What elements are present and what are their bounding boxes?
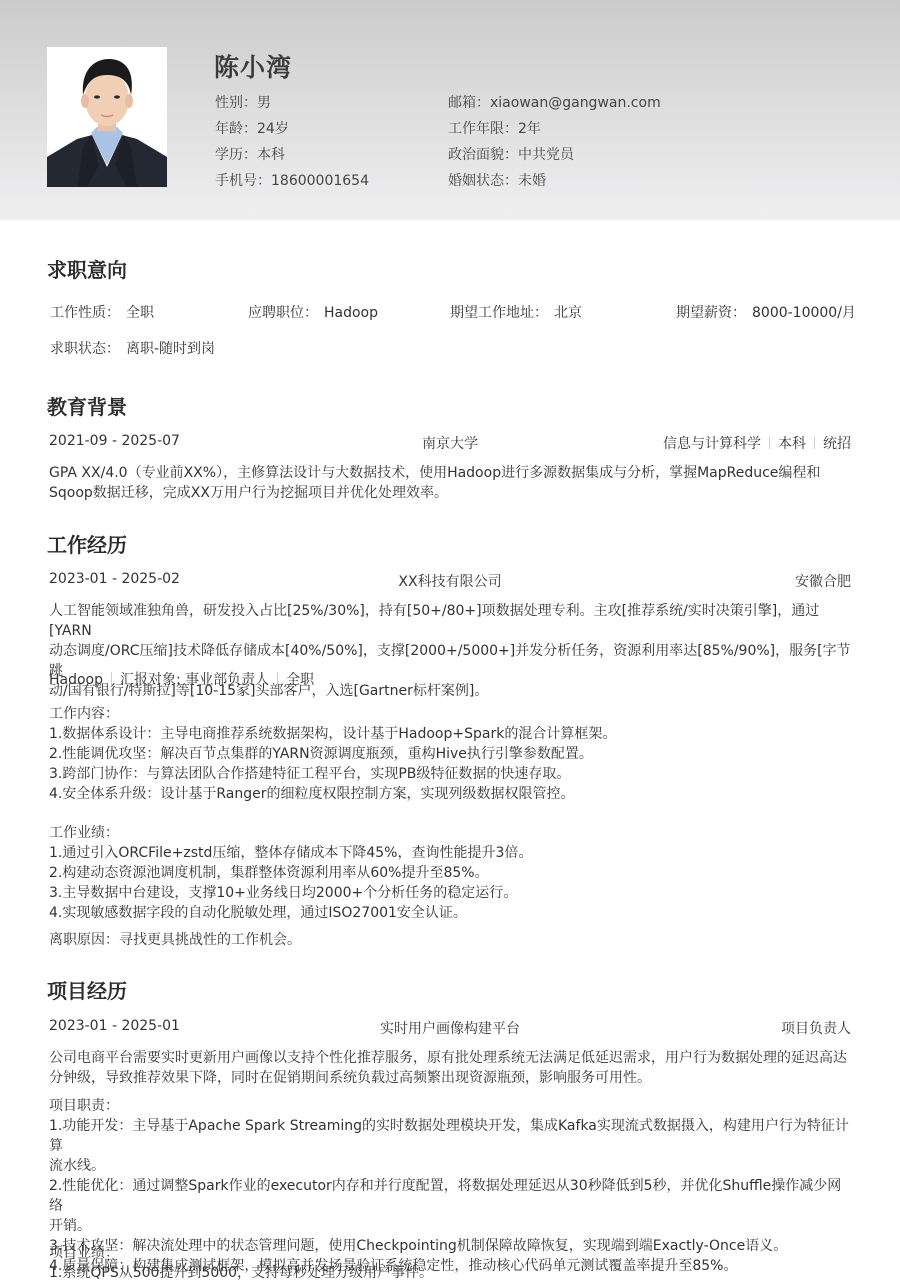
info-label: 婚姻状态： [448,173,518,189]
intent-location: 期望工作地址：北京 [450,302,582,322]
info-label: 工作年限： [448,121,518,137]
work-content-title: 工作内容： [49,704,854,724]
info-label: 年龄： [215,121,257,137]
info-age: 年龄：24岁 [215,118,369,144]
work-achievements-title: 工作业绩： [49,823,854,843]
info-political-status: 政治面貌：中共党员 [448,144,661,170]
work-achievement-item: 1.通过引入ORCFile+zstd压缩，整体存储成本下降45%，查询性能提升3… [49,843,854,863]
work-tags: Hadoop汇报对象: 事业部负责人全职 [49,669,851,689]
work-content: 工作内容： 1.数据体系设计：主导电商推荐系统数据架构，设计基于Hadoop+S… [49,704,854,804]
description-line: Sqoop数据迁移，完成XX万用户行为挖掘项目并优化处理效率。 [49,483,854,503]
project-summary-row: 2023-01 - 2025-01 实时用户画像构建平台 项目负责人 [49,1018,851,1038]
project-achievements: 项目业绩： 1.系统QPS从500提升到5000，支持每秒处理万级用户事件。 [49,1243,854,1275]
intent-value: Hadoop [324,305,378,321]
section-title-education: 教育背景 [47,391,127,420]
background-line: 公司电商平台需要实时更新用户画像以支持个性化推荐服务，原有批处理系统无法满足低延… [49,1048,854,1068]
portrait-image [47,47,167,187]
work-achievement-item: 2.构建动态资源池调度机制，集群整体资源利用率从60%提升至85%。 [49,863,854,883]
work-tag: Hadoop [49,672,103,688]
leave-reason: 离职原因：寻找更具挑战性的工作机会。 [49,930,854,950]
education-school: 南京大学 [49,433,851,453]
info-label: 邮箱： [448,95,490,111]
basic-info-left: 性别：男 年龄：24岁 学历：本科 手机号：18600001654 [215,92,369,196]
info-value: 24岁 [257,121,289,137]
info-work-years: 工作年限：2年 [448,118,661,144]
info-label: 手机号： [215,173,271,189]
info-label: 学历： [215,147,257,163]
intent-value: 北京 [554,305,582,321]
info-value: 2年 [518,121,541,137]
work-tag: 汇报对象: 事业部负责人 [120,672,269,688]
info-phone: 手机号：18600001654 [215,170,369,196]
work-content-item: 1.数据体系设计：主导电商推荐系统数据架构，设计基于Hadoop+Spark的混… [49,724,854,744]
work-achievement-item: 4.实现敏感数据字段的自动化脱敏处理，通过ISO27001安全认证。 [49,903,854,923]
info-value: 未婚 [518,173,546,189]
section-title-project: 项目经历 [47,975,127,1004]
basic-info-right: 邮箱：xiaowan@gangwan.com 工作年限：2年 政治面貌：中共党员… [448,92,661,196]
intent-status: 求职状态：离职-随时到岗 [50,338,215,358]
intent-label: 应聘职位： [248,305,318,321]
work-company: XX科技有限公司 [49,571,851,591]
info-label: 性别： [215,95,257,111]
info-value: 中共党员 [518,147,574,163]
education-description: GPA XX/4.0（专业前XX%），主修算法设计与大数据技术，使用Hadoop… [49,463,854,503]
info-email: 邮箱：xiaowan@gangwan.com [448,92,661,118]
section-title-work: 工作经历 [47,529,127,558]
project-name: 实时用户画像构建平台 [49,1018,851,1038]
candidate-name: 陈小湾 [214,48,292,84]
intent-value: 全职 [126,305,154,321]
intro-line: 人工智能领域准独角兽，研发投入占比[25%/30%]，持有[50+/80+]项数… [49,601,854,641]
intent-label: 工作性质： [50,305,120,321]
education-summary-row: 2021-09 - 2025-07 南京大学 信息与计算科学本科统招 [49,433,851,453]
info-value: 男 [257,95,271,111]
project-duty-item: 流水线。 [49,1156,854,1176]
project-duty-item: 1.功能开发：主导基于Apache Spark Streaming的实时数据处理… [49,1116,854,1156]
section-title-job-intent: 求职意向 [47,254,127,283]
intent-value: 8000-10000/月 [752,305,856,321]
description-line: GPA XX/4.0（专业前XX%），主修算法设计与大数据技术，使用Hadoop… [49,463,854,483]
info-label: 政治面貌： [448,147,518,163]
intent-salary: 期望薪资：8000-10000/月 [676,302,856,322]
intent-position: 应聘职位：Hadoop [248,302,378,322]
work-achievement-item: 3.主导数据中台建设，支撑10+业务线日均2000+个分析任务的稳定运行。 [49,883,854,903]
divider [277,672,278,685]
work-tag: 全职 [286,672,314,688]
intent-job-type: 工作性质：全职 [50,302,154,322]
intent-label: 期望薪资： [676,305,746,321]
project-duty-item: 2.性能优化：通过调整Spark作业的executor内存和并行度配置，将数据处… [49,1176,854,1216]
project-duty-item: 开销。 [49,1216,854,1236]
intent-label: 求职状态： [50,341,120,357]
info-value: 18600001654 [271,173,369,189]
intent-label: 期望工作地址： [450,305,548,321]
divider [111,672,112,685]
info-value: xiaowan@gangwan.com [490,95,661,111]
project-achievements-title: 项目业绩： [49,1243,854,1263]
project-duties-title: 项目职责： [49,1096,854,1116]
info-value: 本科 [257,147,285,163]
info-marital-status: 婚姻状态：未婚 [448,170,661,196]
project-achievement-item: 1.系统QPS从500提升到5000，支持每秒处理万级用户事件。 [49,1263,854,1275]
profile-photo [47,47,167,187]
info-gender: 性别：男 [215,92,369,118]
resume-header: 陈小湾 性别：男 年龄：24岁 学历：本科 手机号：18600001654 邮箱… [0,0,900,220]
work-content-item: 3.跨部门协作：与算法团队合作搭建特征工程平台，实现PB级特征数据的快速存取。 [49,764,854,784]
work-achievements: 工作业绩： 1.通过引入ORCFile+zstd压缩，整体存储成本下降45%，查… [49,823,854,923]
work-content-item: 2.性能调优攻坚：解决百节点集群的YARN资源调度瓶颈，重构Hive执行引擎参数… [49,744,854,764]
info-education: 学历：本科 [215,144,369,170]
intent-value: 离职-随时到岗 [126,341,215,357]
project-background: 公司电商平台需要实时更新用户画像以支持个性化推荐服务，原有批处理系统无法满足低延… [49,1048,854,1088]
background-line: 分钟级，导致推荐效果下降，同时在促销期间系统负载过高频繁出现资源瓶颈，影响服务可… [49,1068,854,1088]
work-content-item: 4.安全体系升级：设计基于Ranger的细粒度权限控制方案，实现列级数据权限管控… [49,784,854,804]
work-summary-row: 2023-01 - 2025-02 XX科技有限公司 安徽合肥 [49,571,851,591]
